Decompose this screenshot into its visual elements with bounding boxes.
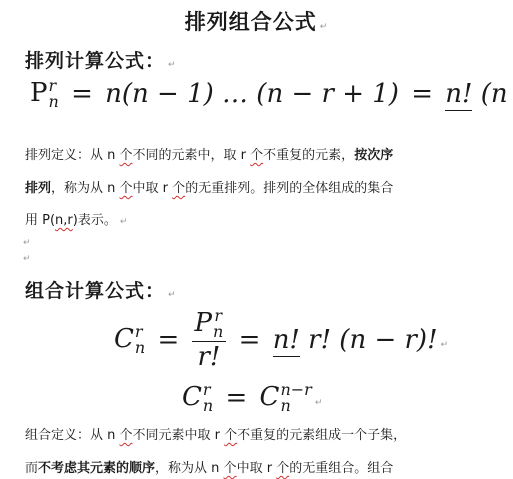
- comb-indices: rn: [135, 324, 145, 356]
- title-text: 排列组合公式: [185, 9, 317, 34]
- spellcheck-flagged-text: 个: [250, 148, 263, 163]
- paragraph-mark-icon: ↵: [168, 290, 177, 300]
- perm-product: n(n − 1) … (n − r + 1): [105, 79, 399, 109]
- comb-fraction-2-numerator: n!: [273, 325, 300, 357]
- combination-definition-line-2: 而不考虑其元素的顺序，称为从 n 个中取 r 个的无重组合。组合: [25, 461, 393, 477]
- permutation-heading: 排列计算公式：↵: [25, 46, 177, 73]
- paragraph-mark-icon: ↵: [441, 340, 449, 350]
- perm-lhs: Prn: [30, 78, 59, 110]
- comb-fraction-1-numerator: Prn: [192, 308, 227, 342]
- comb-symbol: C: [182, 382, 202, 412]
- comb-fraction-1: Prn r!: [192, 308, 227, 372]
- comb-lhs: Crn: [182, 382, 213, 414]
- document-title: 排列组合公式↵: [0, 6, 513, 36]
- definition-text: 中取 r: [133, 181, 173, 196]
- definition-text: 按次序: [354, 148, 393, 163]
- definition-text: 不重复的元素组成一个子集，: [237, 428, 406, 443]
- definition-text: 不同元素中取 r: [133, 428, 225, 443]
- definition-text: 排列定义：从 n: [25, 148, 120, 163]
- perm-indices: rn: [213, 308, 223, 340]
- permutation-heading-text: 排列计算公式：: [25, 50, 165, 72]
- spellcheck-flagged-text: 个: [224, 428, 237, 443]
- empty-paragraph-mark-icon: ↵: [23, 238, 31, 248]
- perm-symbol: P: [195, 308, 213, 338]
- permutation-definition-line-1: 排列定义：从 n 个不同的元素中，取 r 个不重复的元素，按次序: [25, 148, 393, 164]
- spellcheck-flagged-text: 个: [120, 148, 133, 163]
- paragraph-mark-icon: ↵: [120, 217, 128, 227]
- definition-text: 用 P(: [25, 213, 55, 228]
- spellcheck-flagged-text: n,r: [55, 213, 73, 228]
- empty-paragraph-mark-icon: ↵: [23, 254, 31, 264]
- spellcheck-flagged-text: 个: [172, 181, 185, 196]
- paragraph-mark-icon: ↵: [315, 398, 323, 408]
- comb-symbol: C: [114, 324, 134, 354]
- perm-fraction: n! (n − r)!: [445, 79, 513, 109]
- combination-definition-line-1: 组合定义：从 n 个不同元素中取 r 个不重复的元素组成一个子集，: [25, 428, 406, 444]
- definition-text: 排列: [25, 181, 51, 196]
- equals-sign: =: [239, 325, 261, 355]
- perm-numerator: n!: [445, 79, 472, 111]
- definition-text: ，称为从 n: [155, 461, 224, 476]
- comb-lhs: Crn: [114, 324, 145, 356]
- combination-symmetry-formula: Crn = Cn−rn↵: [182, 382, 322, 414]
- paragraph-mark-icon: ↵: [320, 22, 329, 32]
- comb-indices: rn: [203, 382, 213, 414]
- combination-heading-text: 组合计算公式：: [25, 280, 165, 302]
- definition-text: 不考虑其元素的顺序: [38, 461, 155, 476]
- spellcheck-flagged-text: 个: [120, 181, 133, 196]
- combination-heading: 组合计算公式：↵: [25, 276, 177, 303]
- perm-symbol: P: [30, 78, 48, 108]
- comb-rhs: Cn−rn: [260, 382, 312, 414]
- permutation-definition-line-3: 用 P(n,r)表示。↵: [25, 213, 127, 230]
- permutation-formula: Prn = n(n − 1) … (n − r + 1) = n! (n − r…: [30, 78, 513, 110]
- perm-indices: rn: [49, 78, 59, 110]
- comb-sub: n: [203, 398, 213, 414]
- equals-sign: =: [71, 79, 93, 109]
- comb-indices: n−rn: [280, 382, 311, 414]
- permutation-definition-line-2: 排列，称为从 n 个中取 r 个的无重排列。排列的全体组成的集合: [25, 181, 393, 197]
- comb-sub: n: [280, 398, 311, 414]
- definition-text: 的无重组合。组合: [289, 461, 393, 476]
- definition-text: )表示。: [73, 213, 117, 228]
- comb-sub: n: [135, 340, 145, 356]
- comb-fraction-1-denominator: r!: [198, 341, 221, 372]
- equals-sign: =: [157, 325, 179, 355]
- comb-fraction-2: n! r! (n − r)!: [273, 325, 438, 355]
- comb-fraction-2-denominator: r! (n − r)!: [308, 324, 437, 355]
- definition-text: 的无重排列。排列的全体组成的集合: [185, 181, 393, 196]
- definition-text: ，称为从 n: [51, 181, 120, 196]
- definition-text: 不重复的元素，: [263, 148, 354, 163]
- spellcheck-flagged-text: 个: [120, 428, 133, 443]
- spellcheck-flagged-text: 个: [276, 461, 289, 476]
- perm-sub: n: [49, 94, 59, 110]
- combination-formula: Crn = Prn r! = n! r! (n − r)! ↵: [114, 308, 448, 372]
- definition-text: 而: [25, 461, 38, 476]
- equals-sign: =: [411, 79, 433, 109]
- definition-text: 组合定义：从 n: [25, 428, 120, 443]
- paragraph-mark-icon: ↵: [168, 60, 177, 70]
- perm-sub: n: [213, 324, 223, 340]
- spellcheck-flagged-text: 个: [224, 461, 237, 476]
- equals-sign: =: [225, 383, 247, 413]
- definition-text: 不同的元素中，取 r: [133, 148, 251, 163]
- comb-symbol: C: [260, 382, 280, 412]
- definition-text: 中取 r: [237, 461, 277, 476]
- perm-denominator: (n − r)!: [481, 78, 513, 109]
